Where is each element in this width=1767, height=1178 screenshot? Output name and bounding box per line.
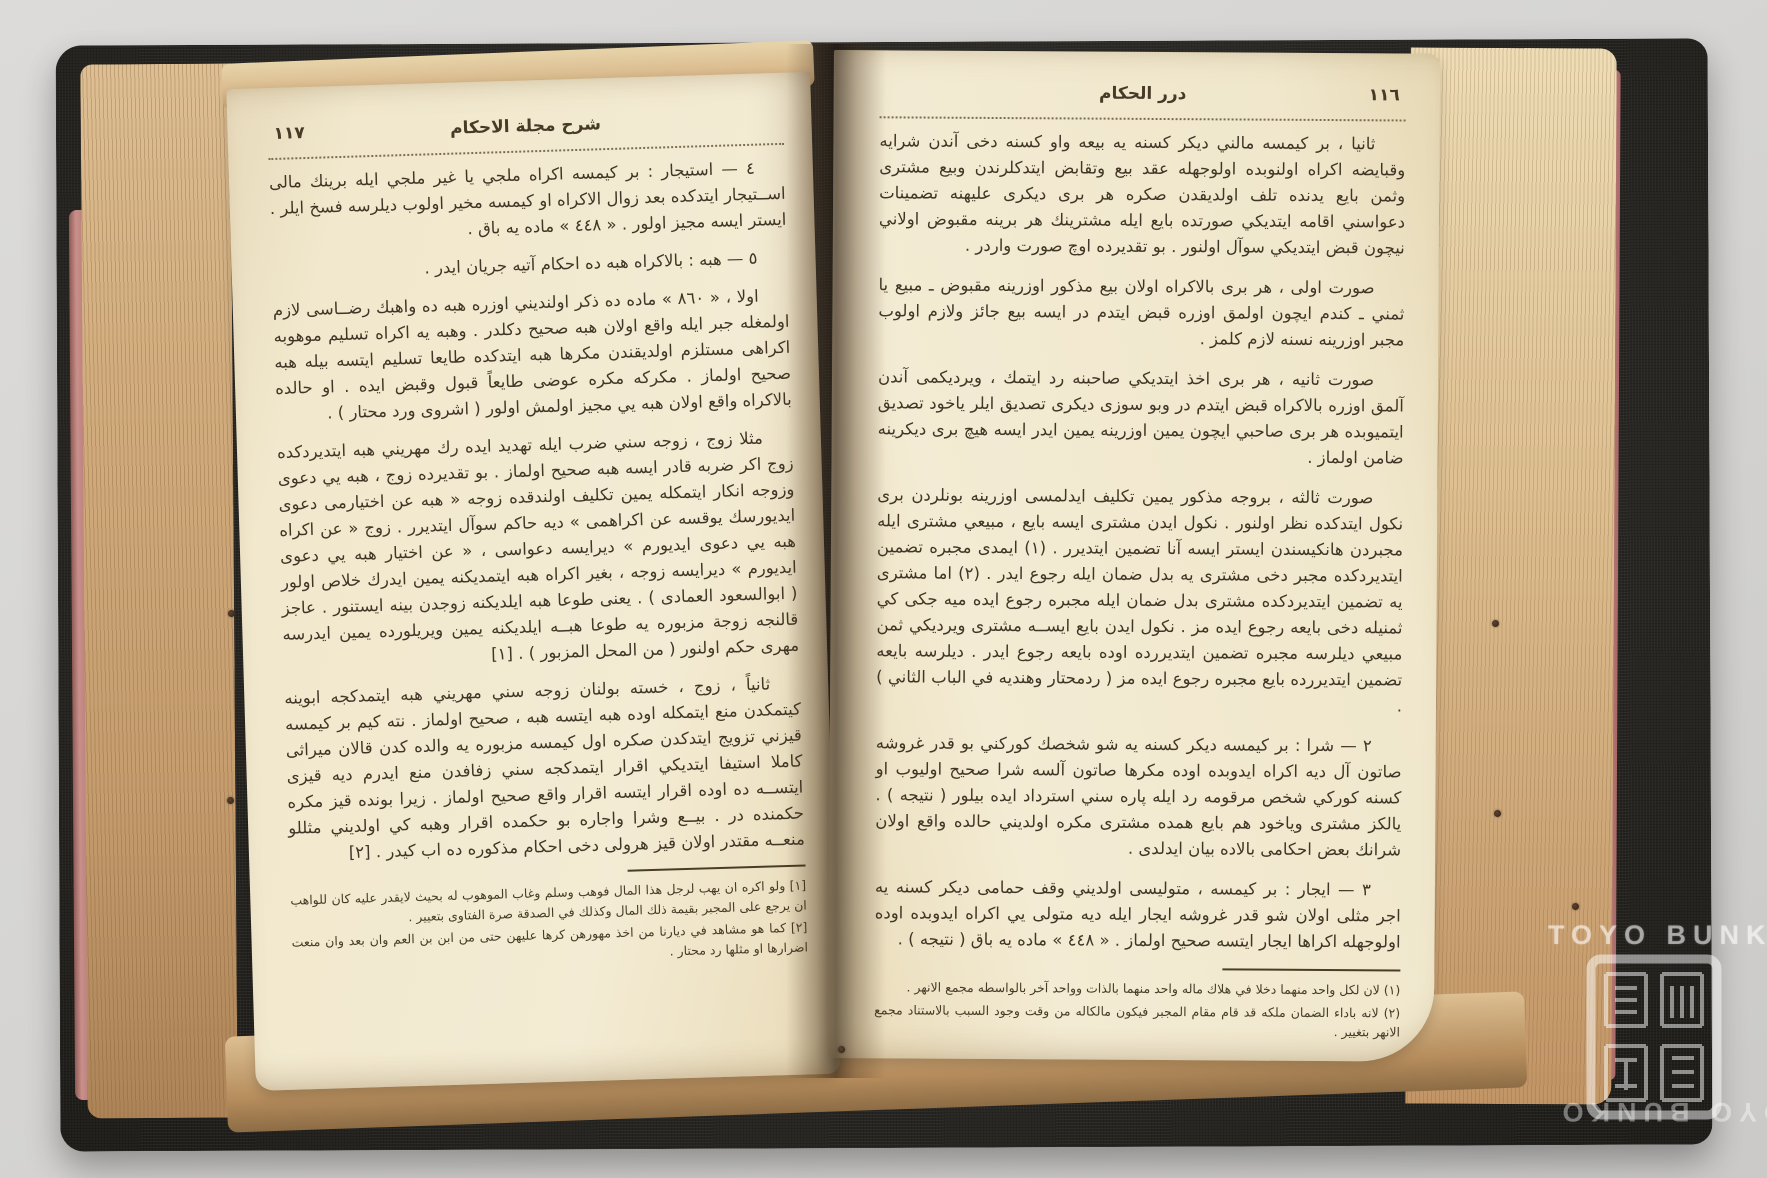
footnote-separator: [1222, 968, 1400, 971]
paragraph: مثلا زوج ، زوجه سني ضرب ايله تهديد ايده …: [277, 425, 800, 674]
footnote-separator: [628, 864, 806, 871]
book-photo: ١١٧ شرح مجلة الاحكام ٤ — استيجار : بر كي…: [0, 0, 1767, 1178]
paragraph: ٣ — ايجار : بر كيمسه ، متوليسى اولديني و…: [874, 874, 1400, 955]
left-page-title: شرح مجلة الاحكام: [267, 109, 783, 144]
paragraph: صورت اولى ، هر برى بالاكراه اولان بيع مذ…: [878, 272, 1404, 353]
paragraph: ٥ — هبه : بالاكراه هبه ده احكام آتيه جري…: [271, 245, 788, 286]
footnote: (٢) لانه باداء الضمان ملكه قد قام مقام ا…: [874, 1000, 1400, 1042]
page-edges-left: [80, 63, 237, 1118]
paragraph: صورت ثانيه ، هر برى اخذ ايتديكي صاحبنه ر…: [877, 364, 1404, 471]
wormhole: [1572, 903, 1579, 910]
right-page-title: درر الحكام: [880, 82, 1406, 105]
wormhole: [1494, 810, 1501, 817]
wormhole: [227, 797, 234, 804]
wormhole: [838, 1046, 845, 1053]
right-page: ١١٦ درر الحكام ثانيا ، بر كيمسه مالني دي…: [828, 50, 1440, 1062]
right-page-header: ١١٦ درر الحكام: [880, 80, 1406, 121]
left-page-header: ١١٧ شرح مجلة الاحكام: [267, 107, 784, 160]
paragraph: اولا ، « ٨٦٠ » ماده ده ذكر اولنديني اوزر…: [272, 283, 792, 428]
paragraph: ثانيا ، بر كيمسه مالني ديكر كسنه يه بيعه…: [879, 128, 1406, 261]
left-page: ١١٧ شرح مجلة الاحكام ٤ — استيجار : بر كي…: [226, 72, 839, 1091]
paragraph: صورت ثالثه ، بروجه مذكور يمين تكليف ايدل…: [876, 482, 1403, 719]
paragraph: ٤ — استيجار : بر كيمسه اكراه ملجي يا غير…: [269, 155, 787, 248]
wormhole: [228, 610, 235, 617]
wormhole: [1492, 620, 1499, 627]
paragraph: ٢ — شرا : بر كيمسه ديكر كسنه يه شو شخصك …: [875, 730, 1402, 863]
footnote: (١) لان لكل واحد منهما دخلا في هلاك ماله…: [874, 977, 1400, 1000]
paragraph: ثانياً ، زوج ، خسته بولنان زوجه سني مهري…: [284, 671, 805, 868]
